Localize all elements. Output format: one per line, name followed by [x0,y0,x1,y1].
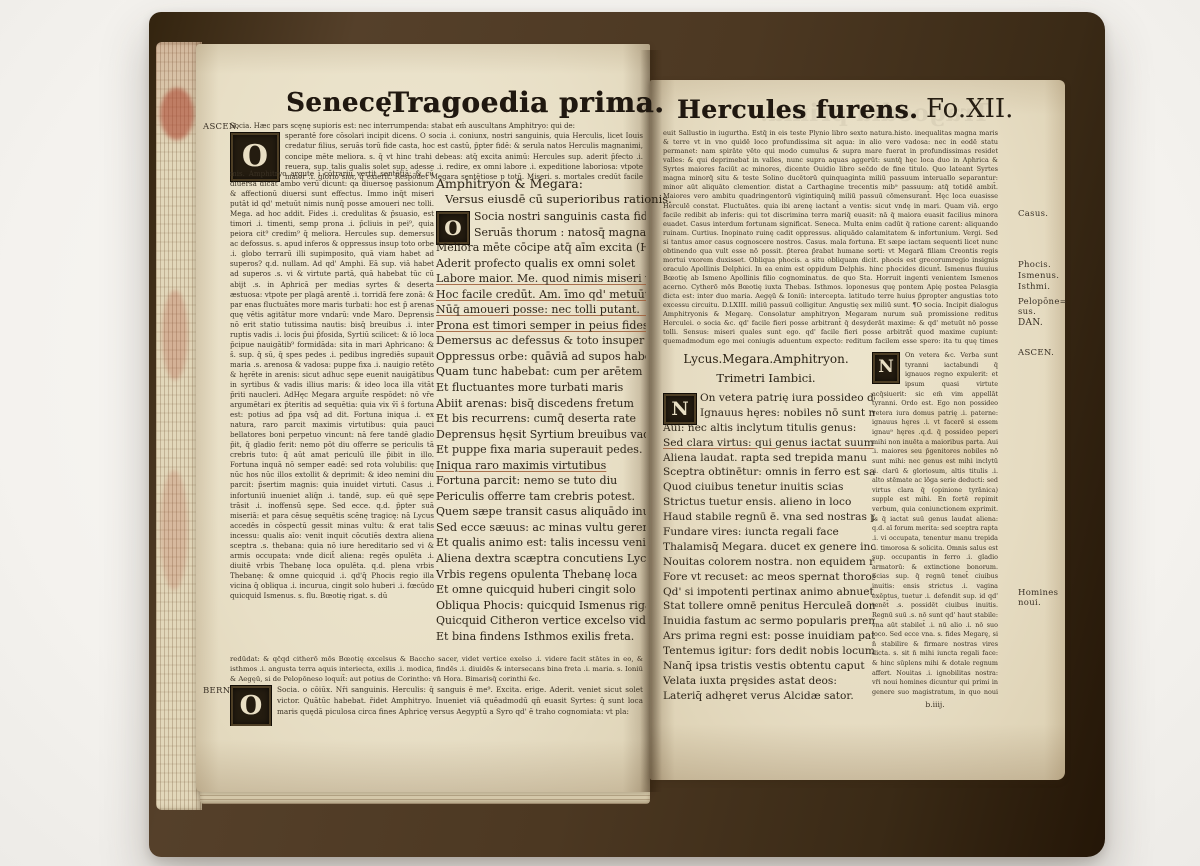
verse-line: Labore maior. Me. quod nimis miseri volu… [436,271,646,287]
margin-note-ascensius-right: ASCEN. [1018,348,1054,358]
margin-note-homines-noui: Homines noui. [1018,588,1064,608]
verse-line: Hoc facile credūt. Am. īmo qd' metuūt ni… [436,287,646,303]
verse-line: Oppressus orbe: quāviā ad supos habet? A… [436,349,646,365]
right-top-commentary: euit Sallustio in iugurtha. Estq̄ in eis… [663,129,998,347]
margin-note-isthmi: Isthmi. [1018,282,1050,292]
verse-column-right-page: On vetera patrię iura possideo dom⁹Ignau… [663,391,875,704]
verse-line: Et bina findens Isthmos exilis freta. [436,629,646,645]
woodcut-initial-O-bern: O [230,685,272,726]
left-running-title-tragoedia: Tragoedia prima. [388,86,664,119]
verse-line: Et qualis animo est: talis incessu venit… [436,535,646,551]
verse-line: Et puppe fixa maria superauit pedes. Me. [436,442,646,458]
verse-line: Velata iuxta pręsides astat deos: [663,674,875,689]
right-commentary-column: NOn vetera &c. Verba sunt tyranni iactab… [872,351,998,699]
verse-line: Stat tollere omnē penitus Herculeā domū. [663,599,875,614]
right-commentary-text: On vetera &c. Verba sunt tyranni iactabu… [872,351,998,699]
verse-line: Aliena dextra scæptra concutiens Lycus: [436,551,646,567]
verse-line: Strictus tuetur ensis. alieno in loco [663,495,875,510]
red-edge-stain [160,88,194,140]
verse-line: Ars prima regni est: posse inuidiam pati… [663,629,875,644]
photo-backdrop: ASCEN. Senecę Tragoedia prima. Socia. Hæ… [0,0,1200,866]
verse-line: Aui: nec altis inclytum titulis genus: [663,421,875,436]
verse-line: Socia nostri sanguinis casta fide [436,209,646,225]
margin-note-bernardinus: BERN. [203,686,233,696]
verse-line: Aderit profecto qualis ex omni solet [436,256,646,272]
verse-line: Qd' si impotenti pertinax animo abnuet: [663,585,875,600]
verse-line: Lateriq̄ adhęret verus Alcidæ sator. [663,689,875,704]
margin-note-casus: Casus. [1018,209,1048,219]
verse-line: Demersus ac defessus & toto insuper [436,333,646,349]
bernardinus-commentary-block: OSocia. o cōiūx. Nr̄i sanguinis. Herculi… [230,684,643,726]
verse-line: Sed ecce sæuus: ac minas vultu gerens: [436,520,646,536]
margin-note-ismenus: Ismenus. [1018,271,1059,281]
verse-line: Fundare vires: iuncta regali face [663,525,875,540]
verse-line: Vrbis regens opulenta Thebanę loca [436,567,646,583]
scene-subheading-versus: Versus eiusdē cū superioribus rationis. [445,192,672,206]
left-bottom-commentary: redūdat: & qc̄qd citherō mōs Bœotię exce… [230,655,643,685]
bernardinus-commentary-text: Socia. o cōiūx. Nr̄i sanguinis. Herculis… [277,685,643,716]
verse-line: Abiit arenas: bisq̄ discedens fretum [436,396,646,412]
verse-line: Seruās thorum : natosq̄ magnanimi [436,225,646,241]
verse-line: Sceptra obtinētur: omnis in ferro est sa… [663,465,875,480]
verse-line: Nanq̄ ipsa tristis vestis obtentu caput [663,659,875,674]
verse-line: Nouitas colorem nostra. non equidem reor [663,555,875,570]
verse-line: Sed clara virtus: qui genus iactat suum [663,436,875,451]
verse-line: Et fluctuantes more turbati maris [436,380,646,396]
quire-signature: b.iiij. [872,700,998,710]
verse-line: Periculis offerre tam crebris potest. [436,489,646,505]
verse-line: Iniqua raro maximis virtutibus [436,458,646,474]
verse-line: Deprensus hęsit Syrtium breuibus vadis: [436,427,646,443]
scene-heading-amphitryon-megara: Amphitryon & Megara: [436,176,583,191]
verse-line: On vetera patrię iura possideo dom⁹ [663,391,875,406]
woodcut-initial-N-commentary: N [872,352,900,384]
verse-line: Quam tunc habebat: cum per arētem plagā [436,364,646,380]
verse-line: Fortuna parcit: nemo se tuto diu [436,473,646,489]
right-running-title-hercules-furens: Hercules furens. [677,95,918,124]
scene-subheading-trimetri-iambici: Trimetri Iambici. [663,371,869,385]
verse-line: Obliqua Phocis: quicquid Ismenus rigat. [436,598,646,614]
left-top-commentary-line1: Socia. Hæc pars scęnę supioris est: nec … [230,121,643,131]
margin-note-phocis: Phocis. [1018,260,1051,270]
red-edge-stain [162,290,188,380]
scene-heading-lycus-megara-amphitryon: Lycus.Megara.Amphitryon. [663,352,869,366]
red-edge-stain [160,470,188,590]
left-commentary-column: mis. Amphitryo argute ī cōtrariū vertit … [230,169,434,651]
verse-column-left-page: Socia nostri sanguinis casta fideSeruās … [436,209,646,644]
verse-line: Inuidia fastum ac sermo popularis premet… [663,614,875,629]
verse-line: Ignauus hęres: nobiles nō sunt mihi [663,406,875,421]
verse-line: Quod ciuibus tenetur inuitis scias [663,480,875,495]
verse-line: Et omne quicquid huberi cingit solo [436,582,646,598]
verse-line: Haud stabile regnū ē. vna sed nostras po… [663,510,875,525]
verse-line: Prona est timori semper in peius fides. [436,318,646,334]
left-running-title-senece: Senecę [286,88,392,118]
margin-note-dan: DAN. [1018,318,1043,328]
margin-note-peloponnesus: Pelopōne= sus. [1018,297,1064,317]
verse-line: Et bis recurrens: cumq̄ deserta rate [436,411,646,427]
verse-line: Nūq̄ amoueri posse: nec tolli putant. Me… [436,302,646,318]
folio-number: Fo.XII. [926,94,1013,124]
verse-line: Quem sæpe transit casus aliquādo inuenit… [436,504,646,520]
verse-line: Aliena laudat. rapta sed trepida manu [663,451,875,466]
verse-line: Fore vt recuset: ac meos spernat thoros. [663,570,875,585]
verse-line: Thalamisq̄ Megara. ducet ex genere incly… [663,540,875,555]
verse-line: Meliora mēte cōcipe atq̄ aīm excita (Her… [436,240,646,256]
verse-line: Quicquid Citheron vertice excelso videt. [436,613,646,629]
verse-line: Tentemus igitur: fors dedit nobis locum. [663,644,875,659]
